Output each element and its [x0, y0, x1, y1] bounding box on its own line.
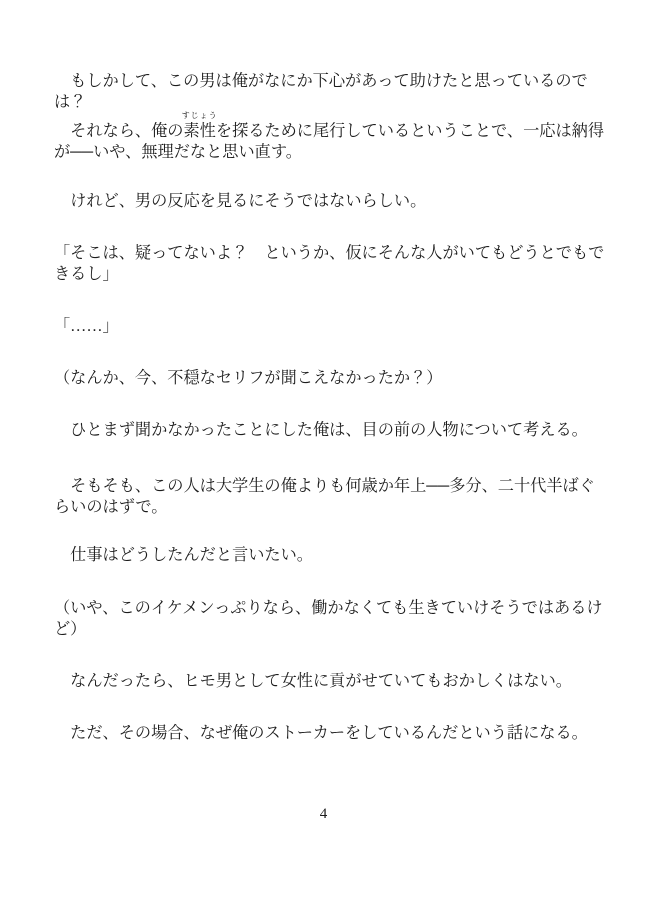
text-line: もしかして、この男は俺がなにか下心があって助けたと思っているので: [54, 71, 619, 92]
paragraph-3: けれど、男の反応を見るにそうではないらしい。: [54, 191, 619, 212]
text-segment: （なんか、今、不穏なセリフが聞こえなかったか？）: [54, 369, 443, 387]
paragraph-9: 仕事はどうしたんだと言いたい。: [54, 545, 619, 566]
text-segment: ひとまず聞かなかったことにした俺は、目の前の人物について考える。: [54, 421, 588, 439]
text-segment: （いや、このイケメンっぷりなら、働かなくても生きていけそうではあるけ: [54, 599, 603, 617]
paragraph-4: 「そこは、疑ってないよ？ というか、仮にそんな人がいてもどうとでもできるし」: [54, 243, 619, 285]
text-line: 「……」: [54, 316, 619, 337]
text-line: 仕事はどうしたんだと言いたい。: [54, 545, 619, 566]
paragraph-5: 「……」: [54, 316, 619, 337]
text-line: それなら、俺の素性すじょうを探るために尾行しているということで、一応は納得: [54, 121, 619, 142]
text-line: が──いや、無理だなと思い直す。: [54, 142, 619, 163]
text-line: けれど、男の反応を見るにそうではないらしい。: [54, 191, 619, 212]
text-line: 「そこは、疑ってないよ？ というか、仮にそんな人がいてもどうとでもで: [54, 243, 619, 264]
paragraph-11: なんだったら、ヒモ男として女性に貢がせていてもおかしくはない。: [54, 671, 619, 692]
paragraph-7: ひとまず聞かなかったことにした俺は、目の前の人物について考える。: [54, 420, 619, 441]
text-line: らいのはずで。: [54, 497, 619, 518]
text-line: ただ、その場合、なぜ俺のストーカーをしているんだという話になる。: [54, 723, 619, 744]
furigana-annotation: すじょう: [182, 112, 218, 120]
paragraph-1: もしかして、この男は俺がなにか下心があって助けたと思っているのでは？: [54, 71, 619, 113]
text-segment: が──いや、無理だなと思い直す。: [54, 143, 302, 161]
paragraph-6: （なんか、今、不穏なセリフが聞こえなかったか？）: [54, 368, 619, 389]
text-line: ひとまず聞かなかったことにした俺は、目の前の人物について考える。: [54, 420, 619, 441]
text-segment: そもそも、この人は大学生の俺よりも何歳か年上──多分、二十代半ばぐ: [54, 477, 595, 495]
text-line: （いや、このイケメンっぷりなら、働かなくても生きていけそうではあるけ: [54, 598, 619, 619]
text-segment: 仕事はどうしたんだと言いたい。: [54, 546, 313, 564]
text-segment: ただ、その場合、なぜ俺のストーカーをしているんだという話になる。: [54, 724, 588, 742]
text-segment: もしかして、この男は俺がなにか下心があって助けたと思っているので: [54, 72, 588, 90]
text-line: なんだったら、ヒモ男として女性に貢がせていてもおかしくはない。: [54, 671, 619, 692]
document-page: もしかして、この男は俺がなにか下心があって助けたと思っているのでは？ それなら、…: [0, 0, 647, 912]
page-number: 4: [0, 804, 647, 825]
paragraph-12: ただ、その場合、なぜ俺のストーカーをしているんだという話になる。: [54, 723, 619, 744]
ruby-base-text: 素性すじょう: [184, 121, 216, 142]
text-segment: らいのはずで。: [54, 498, 167, 516]
text-line: ど）: [54, 619, 619, 640]
text-segment: 「……」: [54, 317, 119, 335]
paragraph-2: それなら、俺の素性すじょうを探るために尾行しているということで、一応は納得が──…: [54, 121, 619, 163]
text-line: きるし」: [54, 264, 619, 285]
text-segment: きるし」: [54, 265, 119, 283]
text-line: は？: [54, 92, 619, 113]
paragraph-10: （いや、このイケメンっぷりなら、働かなくても生きていけそうではあるけど）: [54, 598, 619, 640]
text-segment: を探るために尾行しているということで、一応は納得: [216, 122, 604, 140]
novel-page-body: { "page": { "number": "4", "background_c…: [0, 0, 647, 912]
text-segment: けれど、男の反応を見るにそうではないらしい。: [54, 192, 426, 210]
text-segment: 「そこは、疑ってないよ？ というか、仮にそんな人がいてもどうとでもで: [54, 244, 604, 262]
text-segment: なんだったら、ヒモ男として女性に貢がせていてもおかしくはない。: [54, 672, 572, 690]
paragraph-8: そもそも、この人は大学生の俺よりも何歳か年上──多分、二十代半ばぐらいのはずで。: [54, 476, 619, 518]
text-segment: ど）: [54, 620, 86, 638]
text-line: （なんか、今、不穏なセリフが聞こえなかったか？）: [54, 368, 619, 389]
text-line: そもそも、この人は大学生の俺よりも何歳か年上──多分、二十代半ばぐ: [54, 476, 619, 497]
text-segment: それなら、俺の: [54, 122, 184, 140]
text-segment: は？: [54, 93, 86, 111]
